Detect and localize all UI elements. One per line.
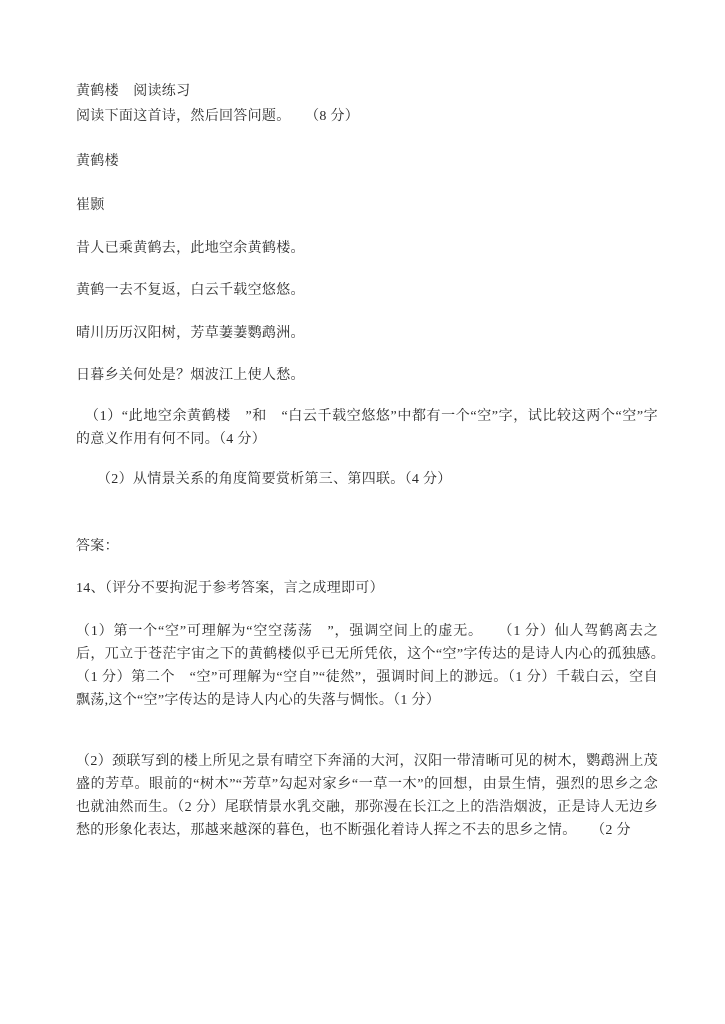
answer-2: （2）颈联写到的楼上所见之景有晴空下奔涌的大河，汉阳一带清晰可见的树木，鹦鹉洲上… <box>76 750 658 842</box>
question-2: （2）从情景关系的角度简要赏析第三、第四联。（4 分） <box>76 468 658 491</box>
poem-title: 黄鹤楼 <box>76 154 658 170</box>
poem-line: 黄鹤一去不复返，白云千载空悠悠。 <box>76 283 658 299</box>
poem-line: 晴川历历汉阳树，芳草萋萋鹦鹉洲。 <box>76 326 658 342</box>
poem-line: 昔人已乘黄鹤去，此地空余黄鹤楼。 <box>76 241 658 257</box>
exercise-intro-line: 阅读下面这首诗，然后回答问题。 （8 分） <box>76 109 658 125</box>
exercise-title-line: 黄鹤楼 阅读练习 <box>76 84 658 100</box>
grading-note: 14、（评分不要拘泥于参考答案，言之成理即可） <box>76 581 658 597</box>
answer-1: （1）第一个“空”可理解为“空空荡荡 ”，强调空间上的虚无。 （1 分）仙人驾鹤… <box>76 620 658 712</box>
question-1: （1）“此地空余黄鹤楼 ”和 “白云千载空悠悠”中都有一个“空”字，试比较这两个… <box>76 405 658 451</box>
document-page: 黄鹤楼 阅读练习 阅读下面这首诗，然后回答问题。 （8 分） 黄鹤楼 崔颢 昔人… <box>0 0 725 1024</box>
answers-heading: 答案： <box>76 539 658 555</box>
poet-name: 崔颢 <box>76 198 658 214</box>
poem-line: 日暮乡关何处是？烟波江上使人愁。 <box>76 368 658 384</box>
